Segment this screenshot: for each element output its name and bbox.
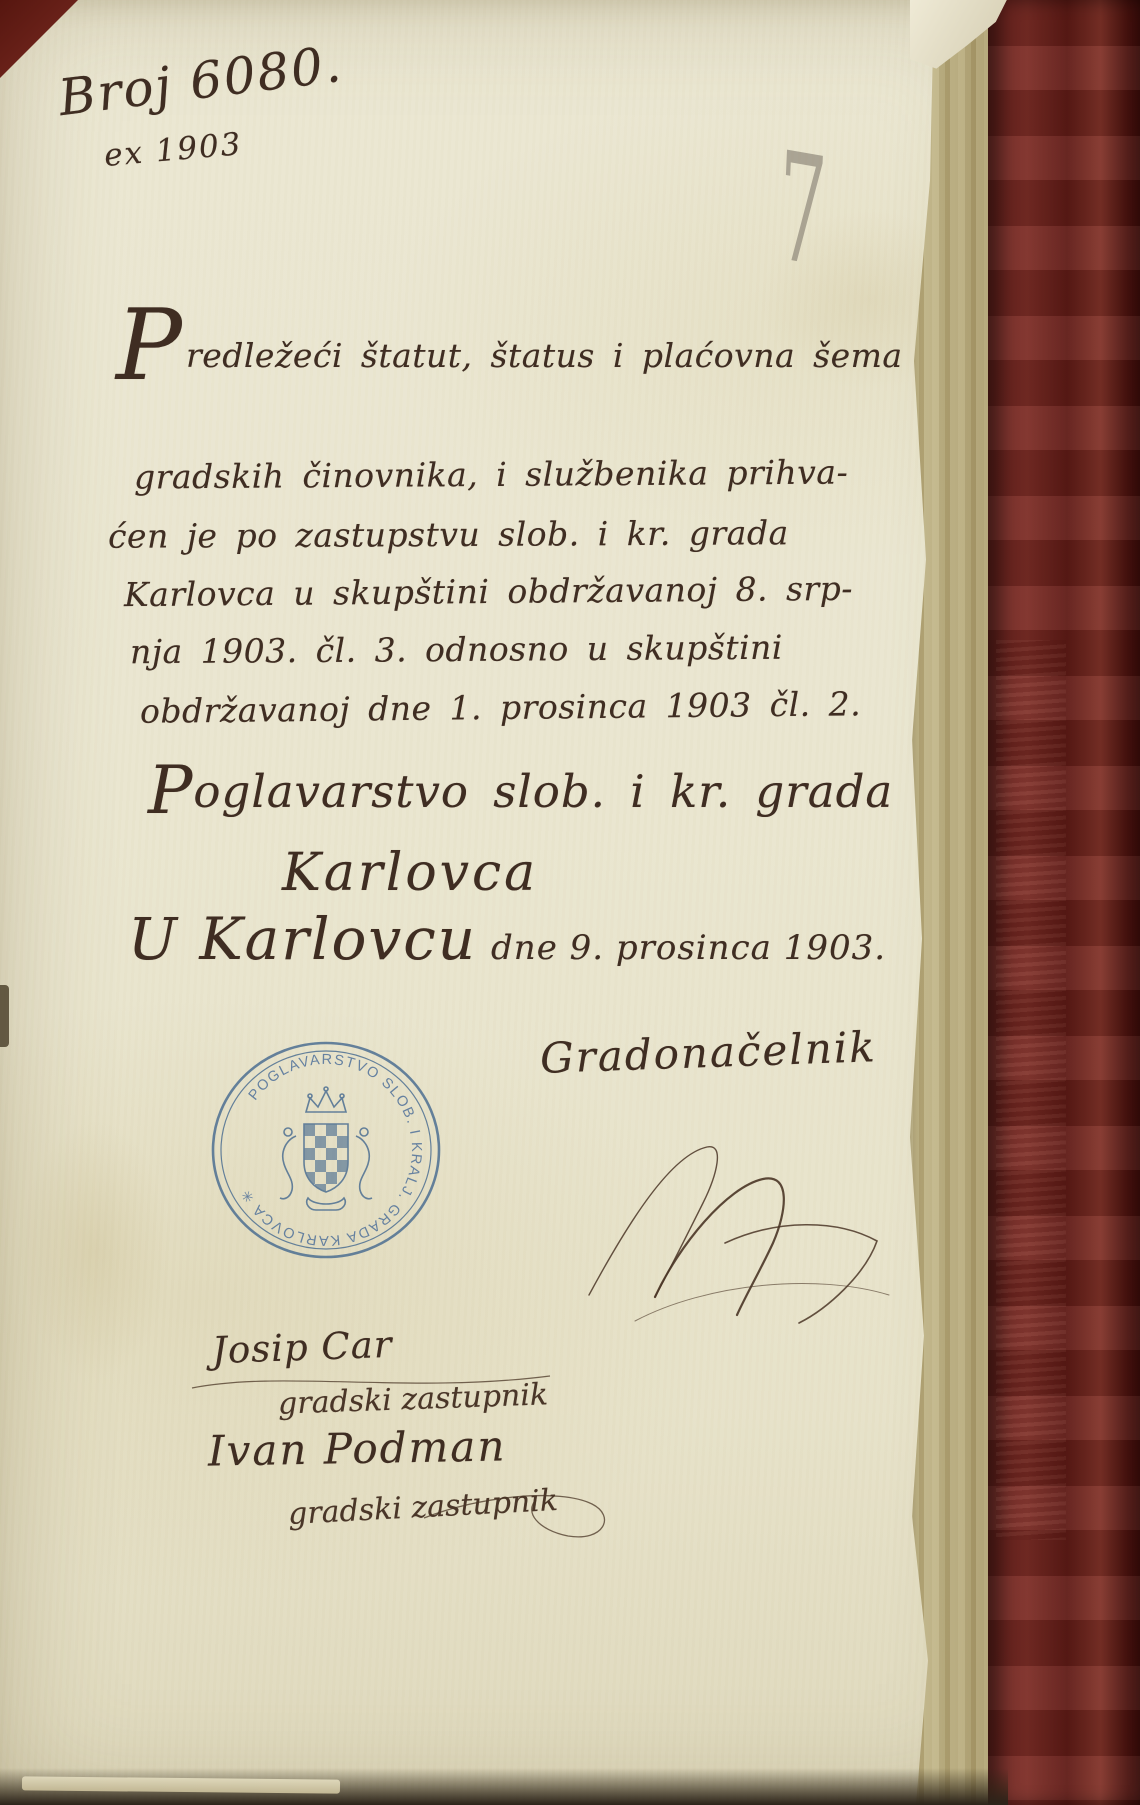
issuer-line: Poglavarstvo slob. i kr. grada [148, 765, 893, 818]
body-line: gradskih činovnika, i službenika prihva- [134, 453, 848, 497]
paper-stain [20, 1120, 170, 1380]
body-line: obdržavanoj dne 1. prosinca 1903 čl. 2. [140, 684, 861, 731]
left-edge-mark [0, 985, 9, 1047]
body-line: nja 1903. čl. 3. odnosno u skupštini [130, 628, 783, 672]
place-name: U Karlovcu [128, 905, 477, 973]
witness-signature-name: Josip Car [211, 1323, 393, 1372]
pencil-mark: 7 [774, 120, 829, 302]
body-line: Karlovca u skupštini obdržavanoj 8. srp- [124, 569, 853, 614]
book-cover-wear [996, 640, 1066, 1540]
stamp-checkerboard [304, 1124, 348, 1196]
mayor-signature [575, 1125, 905, 1340]
official-seal-stamp: POGLAVARSTVO SLOB. I KRALJ. GRADA KARLOV… [204, 1028, 448, 1272]
signature-loop-flourish [420, 1484, 620, 1554]
witness-signature-name: Ivan Podman [208, 1421, 507, 1475]
issuer-city: Karlovca [282, 843, 538, 903]
body-line: Predležeći štatut, štatus i plaćovna šem… [116, 336, 903, 375]
date-text: dne 9. prosinca 1903. [491, 928, 886, 968]
document-scan: Broj 6080. ex 1903 7 Predležeći štatut, … [0, 0, 1140, 1805]
body-line: ćen je po zastupstvu slob. i kr. grada [108, 513, 789, 556]
place-date-line: U Karlovcudne 9. prosinca 1903. [128, 905, 886, 973]
